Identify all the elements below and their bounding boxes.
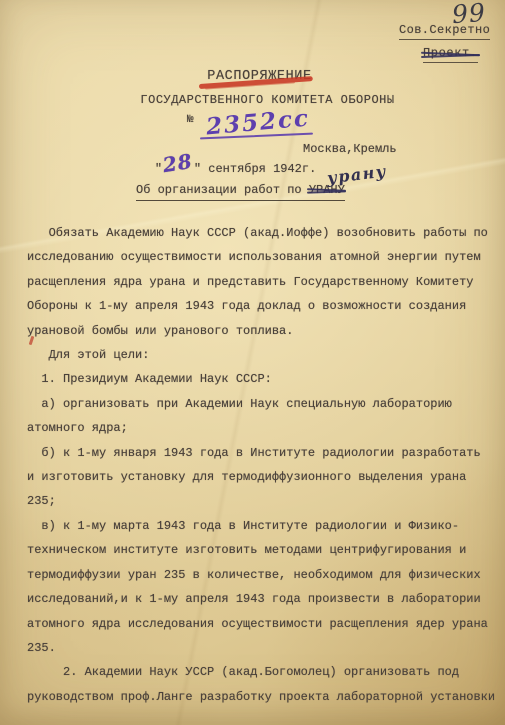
body-line: исследований,и к 1-му апреля 1943 года п… [27,587,495,611]
handwritten-day: 28 [161,149,194,177]
body-line: атомного ядра исследования осуществимост… [27,612,495,636]
body-line: в) к 1-му марта 1943 года в Институте ра… [27,514,495,538]
body-line: урановой бомбы или уранового топлива. [27,319,495,343]
body-line: термодиффузии уран 235 в количестве, нео… [27,563,495,587]
number-sign: № [187,114,194,126]
body-line: 235. [27,636,495,660]
subject-line: Об организации работ по УРАНУ [136,183,345,201]
body-line: 235; [27,489,495,513]
body-line: Обороны к 1-му апреля 1943 года доклад о… [27,294,495,318]
organization-name: ГОСУДАРСТВЕННОГО КОМИТЕТА ОБОРОНЫ [140,93,394,107]
open-quote: " [155,162,162,176]
body-line: Для этой цели: [27,343,495,367]
document-number-row: № 2352сс [187,109,310,136]
body-line: руководством проф.Ланге разработку проек… [27,685,495,709]
draft-label: Проект. [423,46,478,63]
subject-text: Об организации работ по [136,183,309,197]
body-line: Обязать Академию Наук СССР (акад.Иоффе) … [27,221,495,245]
body-line: б) к 1-му января 1943 года в Институте р… [27,441,495,465]
document-page: 99 Сов.Секретно Проект. РАСПОРЯЖЕНИЕ ГОС… [0,0,505,725]
body-line: расщепления ядра урана и представить Гос… [27,270,495,294]
organization-row: ГОСУДАРСТВЕННОГО КОМИТЕТА ОБОРОНЫ [0,90,505,108]
body-line: атомного ядра; [27,416,495,440]
classification-stamp: Сов.Секретно [399,23,490,40]
close-quote: " [194,162,201,176]
body-line: техническом институте изготовить методам… [27,538,495,562]
body-line: 2. Академии Наук УССР (акад.Богомолец) о… [27,660,495,684]
body-text: Обязать Академию Наук СССР (акад.Иоффе) … [27,221,495,709]
body-line: а) организовать при Академии Наук специа… [27,392,495,416]
draft-label-text: Проект. [423,46,478,63]
date-month-year: сентября 1942г. [201,162,316,176]
subject-row: Об организации работ по УРАНУ [136,183,345,197]
date-place: Москва,Кремль [303,142,397,156]
body-line: и изготовить установку для термодиффузио… [27,465,495,489]
body-line: исследованию осуществимости использовани… [27,245,495,269]
body-line: 1. Президиум Академии Наук СССР: [27,367,495,391]
